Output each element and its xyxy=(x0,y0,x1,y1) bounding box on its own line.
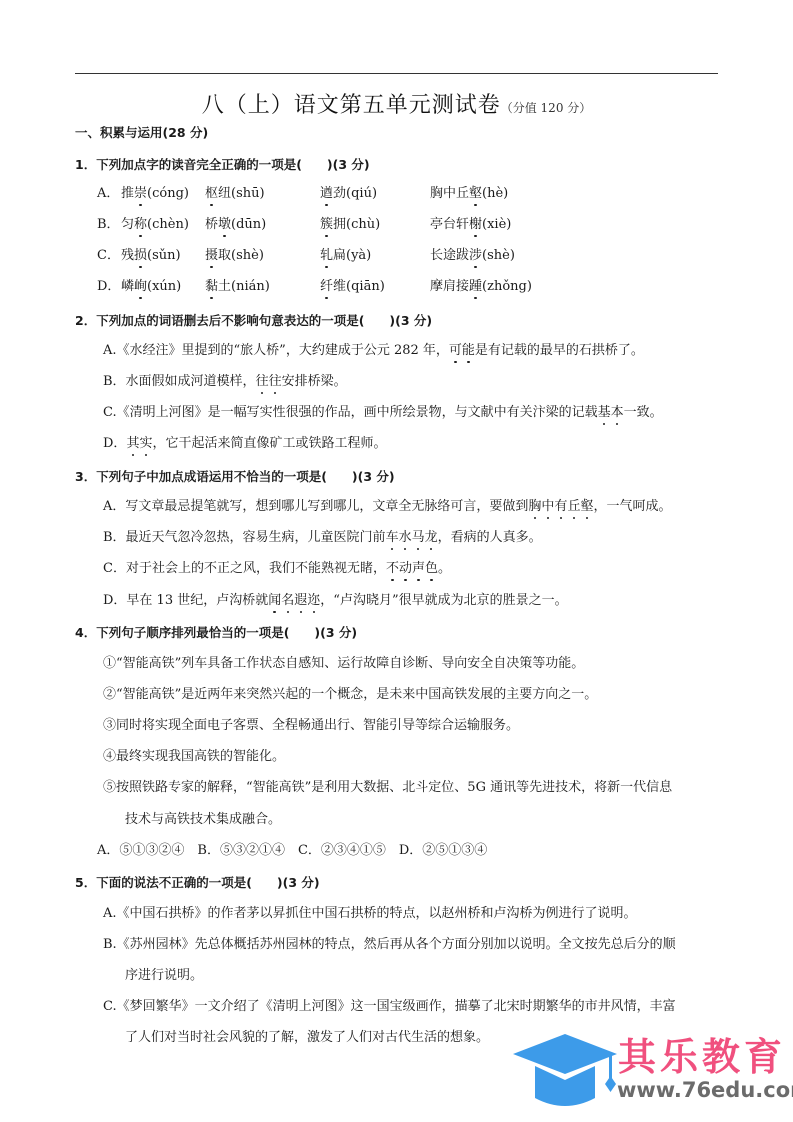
word-pinyin: (sǔn) xyxy=(147,248,181,263)
emphasis-dotted-char: 色 xyxy=(425,561,438,577)
q3-option-d: D．早在 13 世纪，卢沟桥就闻名遐迩，“卢沟晓月”很早就成为北京的胜景之一。 xyxy=(103,593,568,609)
option-text: A.《水经注》里提到的“旅人桥”，大约建成于公元 282 年， xyxy=(103,343,449,358)
q4-sentence-5: ⑤按照铁路专家的解释，“智能高铁”是利用大数据、北斗定位、5G 通讯等先进技术，… xyxy=(103,780,672,796)
emphasis-dotted-char: 遒 xyxy=(320,186,333,202)
emphasis-dotted-phrase: 闻名遐迩 xyxy=(268,593,320,608)
question-5-stem: 5．下面的说法不正确的一项是( )(3 分) xyxy=(75,875,320,891)
word-text: 亭台轩 xyxy=(430,217,469,232)
word-text: 推 xyxy=(121,186,134,201)
q4-sentence-3: ③同时将实现全面电子客票、全程畅通出行、智能引导等综合运输服务。 xyxy=(103,718,519,734)
q2-option-d: D．其实，它干起活来简直像矿工或铁路工程师。 xyxy=(103,436,386,452)
q1-word-item: 摄取(shè) xyxy=(205,248,264,264)
emphasis-dotted-char: 峋 xyxy=(134,279,147,295)
emphasis-dotted-phrase: 不动声色 xyxy=(386,561,438,576)
q2-option-c: C.《清明上河图》是一幅写实性很强的作品，画中所绘景物，与文献中有关汴梁的记载基… xyxy=(103,405,663,421)
watermark-url: www.76edu.com xyxy=(617,1078,793,1102)
emphasis-dotted-char: 能 xyxy=(462,343,475,359)
q5-option-a: A.《中国石拱桥》的作者茅以昇抓住中国石拱桥的特点，以赵州桥和卢沟桥为例进行了说… xyxy=(103,906,637,922)
emphasis-dotted-char: 往 xyxy=(269,374,282,390)
emphasis-dotted-char: 轧 xyxy=(320,248,333,264)
q2-option-a: A.《水经注》里提到的“旅人桥”，大约建成于公元 282 年，可能是有记载的最早… xyxy=(103,343,644,359)
option-text: D． xyxy=(103,436,126,451)
emphasis-dotted-char: 称 xyxy=(134,217,147,233)
question-1-stem: 1．下列加点字的读音完全正确的一项是( )(3 分) xyxy=(75,157,370,173)
title-score: （分值 120 分） xyxy=(501,101,592,115)
word-pinyin: (cóng) xyxy=(147,186,189,201)
word-text: 长途跋 xyxy=(430,248,469,263)
word-pinyin: (shè) xyxy=(482,248,515,263)
emphasis-dotted-char: 摄 xyxy=(205,248,218,264)
option-text: C.《清明上河图》是一幅写实性很强的作品，画中所绘景物，与文献中有关汴梁的记载 xyxy=(103,405,598,420)
emphasis-dotted-phrase: 可能 xyxy=(449,343,475,358)
q1-option-letter: C． xyxy=(97,248,120,264)
q3-option-a: A．写文章最忌提笔就写，想到哪儿写到哪儿，文章全无脉络可言，要做到胸中有丘壑，一… xyxy=(103,499,671,515)
option-text: A．写文章最忌提笔就写，想到哪儿写到哪儿，文章全无脉络可言，要做到 xyxy=(103,499,528,514)
question-4-stem: 4．下列句子顺序排列最恰当的一项是( )(3 分) xyxy=(75,625,357,641)
emphasis-dotted-char: 可 xyxy=(449,343,462,359)
q1-word-item: 胸中丘壑(hè) xyxy=(430,186,508,202)
emphasis-dotted-char: 基 xyxy=(598,405,611,421)
q4-sentence-5-cont: 技术与高铁技术集成融合。 xyxy=(125,812,281,828)
option-text: ，它干起活来简直像矿工或铁路工程师。 xyxy=(152,436,386,451)
emphasis-dotted-char: 龙 xyxy=(425,530,438,546)
emphasis-dotted-char: 胸 xyxy=(528,499,541,515)
word-pinyin: 取(shè) xyxy=(218,248,264,263)
word-pinyin: 维(qiān) xyxy=(333,279,385,294)
q1-word-item: 纤维(qiān) xyxy=(320,279,385,295)
word-pinyin: 土(nián) xyxy=(218,279,270,294)
option-text: B．水面假如成河道模样， xyxy=(103,374,256,389)
emphasis-dotted-char: 其 xyxy=(126,436,139,452)
page-title: 八（上）语文第五单元测试卷（分值 120 分） xyxy=(0,88,793,119)
emphasis-dotted-char: 纤 xyxy=(320,279,333,295)
word-pinyin: (dūn) xyxy=(231,217,266,232)
section-heading: 一、积累与运用(28 分) xyxy=(75,125,208,141)
emphasis-dotted-char: 簇 xyxy=(320,217,333,233)
emphasis-dotted-char: 榭 xyxy=(469,217,482,233)
emphasis-dotted-char: 损 xyxy=(134,248,147,264)
emphasis-dotted-char: 崇 xyxy=(134,186,147,202)
q1-word-item: 轧扁(yà) xyxy=(320,248,371,264)
word-text: 胸中丘 xyxy=(430,186,469,201)
word-pinyin: (chèn) xyxy=(147,217,189,232)
option-text: ，看病的人真多。 xyxy=(438,530,542,545)
q5-option-c-cont: 了人们对当时社会风貌的了解，激发了人们对古代生活的想象。 xyxy=(125,1030,489,1046)
emphasis-dotted-char: 壑 xyxy=(469,186,482,202)
emphasis-dotted-char: 水 xyxy=(399,530,412,546)
option-text: 安排桥梁。 xyxy=(282,374,347,389)
emphasis-dotted-char: 中 xyxy=(541,499,554,515)
option-text: 。 xyxy=(438,561,451,576)
question-2-stem: 2．下列加点的词语删去后不影响句意表达的一项是( )(3 分) xyxy=(75,313,432,329)
word-text: 残 xyxy=(121,248,134,263)
emphasis-dotted-phrase: 其实 xyxy=(126,436,152,451)
option-text: 是有记载的最早的石拱桥了。 xyxy=(475,343,644,358)
q4-sentence-4: ④最终实现我国高铁的智能化。 xyxy=(103,749,285,765)
q1-word-item: 推崇(cóng) xyxy=(121,186,189,202)
q5-option-c: C.《梦回繁华》一文介绍了《清明上河图》这一国宝级画作，描摹了北宋时期繁华的市井… xyxy=(103,999,676,1015)
word-pinyin: (xiè) xyxy=(482,217,511,232)
emphasis-dotted-phrase: 往往 xyxy=(256,374,282,389)
q1-option-letter: D． xyxy=(97,279,120,295)
option-text: ，“卢沟晓月”很早就成为北京的胜景之一。 xyxy=(320,593,567,608)
q1-word-item: 亭台轩榭(xiè) xyxy=(430,217,511,233)
word-pinyin: (hè) xyxy=(482,186,508,201)
q4-choices: A．⑤①③②④ B．⑤③②①④ C．②③④①⑤ D．②⑤①③④ xyxy=(97,843,487,859)
word-pinyin: 拥(chù) xyxy=(333,217,380,232)
title-text: 八（上）语文第五单元测试卷 xyxy=(202,93,501,118)
q1-word-item: 枢纽(shū) xyxy=(205,186,265,202)
emphasis-dotted-phrase: 胸中有丘壑 xyxy=(528,499,593,514)
q1-word-item: 残损(sǔn) xyxy=(121,248,181,264)
emphasis-dotted-phrase: 车水马龙 xyxy=(386,530,438,545)
emphasis-dotted-char: 遐 xyxy=(294,593,307,609)
q1-word-item: 遒劲(qiú) xyxy=(320,186,377,202)
emphasis-dotted-char: 枢 xyxy=(205,186,218,202)
option-text: 一致。 xyxy=(624,405,663,420)
q5-option-b: B.《苏州园林》先总体概括苏州园林的特点，然后再从各个方面分别加以说明。全文按先… xyxy=(103,937,676,953)
word-text: 桥 xyxy=(205,217,218,232)
q1-word-item: 黏土(nián) xyxy=(205,279,270,295)
question-3-stem: 3．下列句子中加点成语运用不恰当的一项是( )(3 分) xyxy=(75,469,395,485)
q1-word-item: 长途跋涉(shè) xyxy=(430,248,515,264)
word-pinyin: 劲(qiú) xyxy=(333,186,377,201)
emphasis-dotted-char: 声 xyxy=(412,561,425,577)
q1-word-item: 簇拥(chù) xyxy=(320,217,380,233)
q4-sentence-2: ②“智能高铁”是近两年来突然兴起的一个概念，是未来中国高铁发展的主要方向之一。 xyxy=(103,687,597,703)
q1-word-item: 桥墩(dūn) xyxy=(205,217,266,233)
q1-option-letter: A． xyxy=(97,186,119,202)
word-text: 匀 xyxy=(121,217,134,232)
word-pinyin: 纽(shū) xyxy=(218,186,265,201)
emphasis-dotted-char: 有 xyxy=(554,499,567,515)
option-text: ，一气呵成。 xyxy=(593,499,671,514)
emphasis-dotted-char: 实 xyxy=(139,436,152,452)
word-pinyin: (zhǒng) xyxy=(482,279,532,294)
emphasis-dotted-char: 往 xyxy=(256,374,269,390)
emphasis-dotted-char: 黏 xyxy=(205,279,218,295)
word-pinyin: 扁(yà) xyxy=(333,248,371,263)
q1-word-item: 摩肩接踵(zhǒng) xyxy=(430,279,532,295)
emphasis-dotted-char: 踵 xyxy=(469,279,482,295)
emphasis-dotted-char: 闻 xyxy=(268,593,281,609)
emphasis-dotted-char: 动 xyxy=(399,561,412,577)
q3-option-b: B．最近天气忽冷忽热，容易生病，儿童医院门前车水马龙，看病的人真多。 xyxy=(103,530,542,546)
emphasis-dotted-char: 迩 xyxy=(307,593,320,609)
emphasis-dotted-char: 丘 xyxy=(567,499,580,515)
emphasis-dotted-char: 不 xyxy=(386,561,399,577)
emphasis-dotted-char: 车 xyxy=(386,530,399,546)
option-text: B．最近天气忽冷忽热，容易生病，儿童医院门前 xyxy=(103,530,386,545)
option-text: D．早在 13 世纪，卢沟桥就 xyxy=(103,593,268,608)
word-text: 嶙 xyxy=(121,279,134,294)
emphasis-dotted-char: 涉 xyxy=(469,248,482,264)
emphasis-dotted-char: 墩 xyxy=(218,217,231,233)
q5-option-b-cont: 序进行说明。 xyxy=(125,968,203,984)
q2-option-b: B．水面假如成河道模样，往往安排桥梁。 xyxy=(103,374,347,390)
header-rule xyxy=(75,73,718,74)
watermark-brand: 其乐教育 xyxy=(618,1026,786,1081)
emphasis-dotted-char: 马 xyxy=(412,530,425,546)
q4-sentence-1: ①“智能高铁”列车具备工作状态自感知、运行故障自诊断、导向安全自决策等功能。 xyxy=(103,656,584,672)
option-text: C．对于社会上的不正之风，我们不能熟视无睹， xyxy=(103,561,386,576)
word-pinyin: (xún) xyxy=(147,279,181,294)
emphasis-dotted-char: 本 xyxy=(611,405,624,421)
q1-word-item: 嶙峋(xún) xyxy=(121,279,181,295)
emphasis-dotted-char: 名 xyxy=(281,593,294,609)
q1-word-item: 匀称(chèn) xyxy=(121,217,189,233)
emphasis-dotted-phrase: 基本 xyxy=(598,405,624,420)
q3-option-c: C．对于社会上的不正之风，我们不能熟视无睹，不动声色。 xyxy=(103,561,451,577)
q1-option-letter: B． xyxy=(97,217,120,233)
emphasis-dotted-char: 壑 xyxy=(580,499,593,515)
word-text: 摩肩接 xyxy=(430,279,469,294)
